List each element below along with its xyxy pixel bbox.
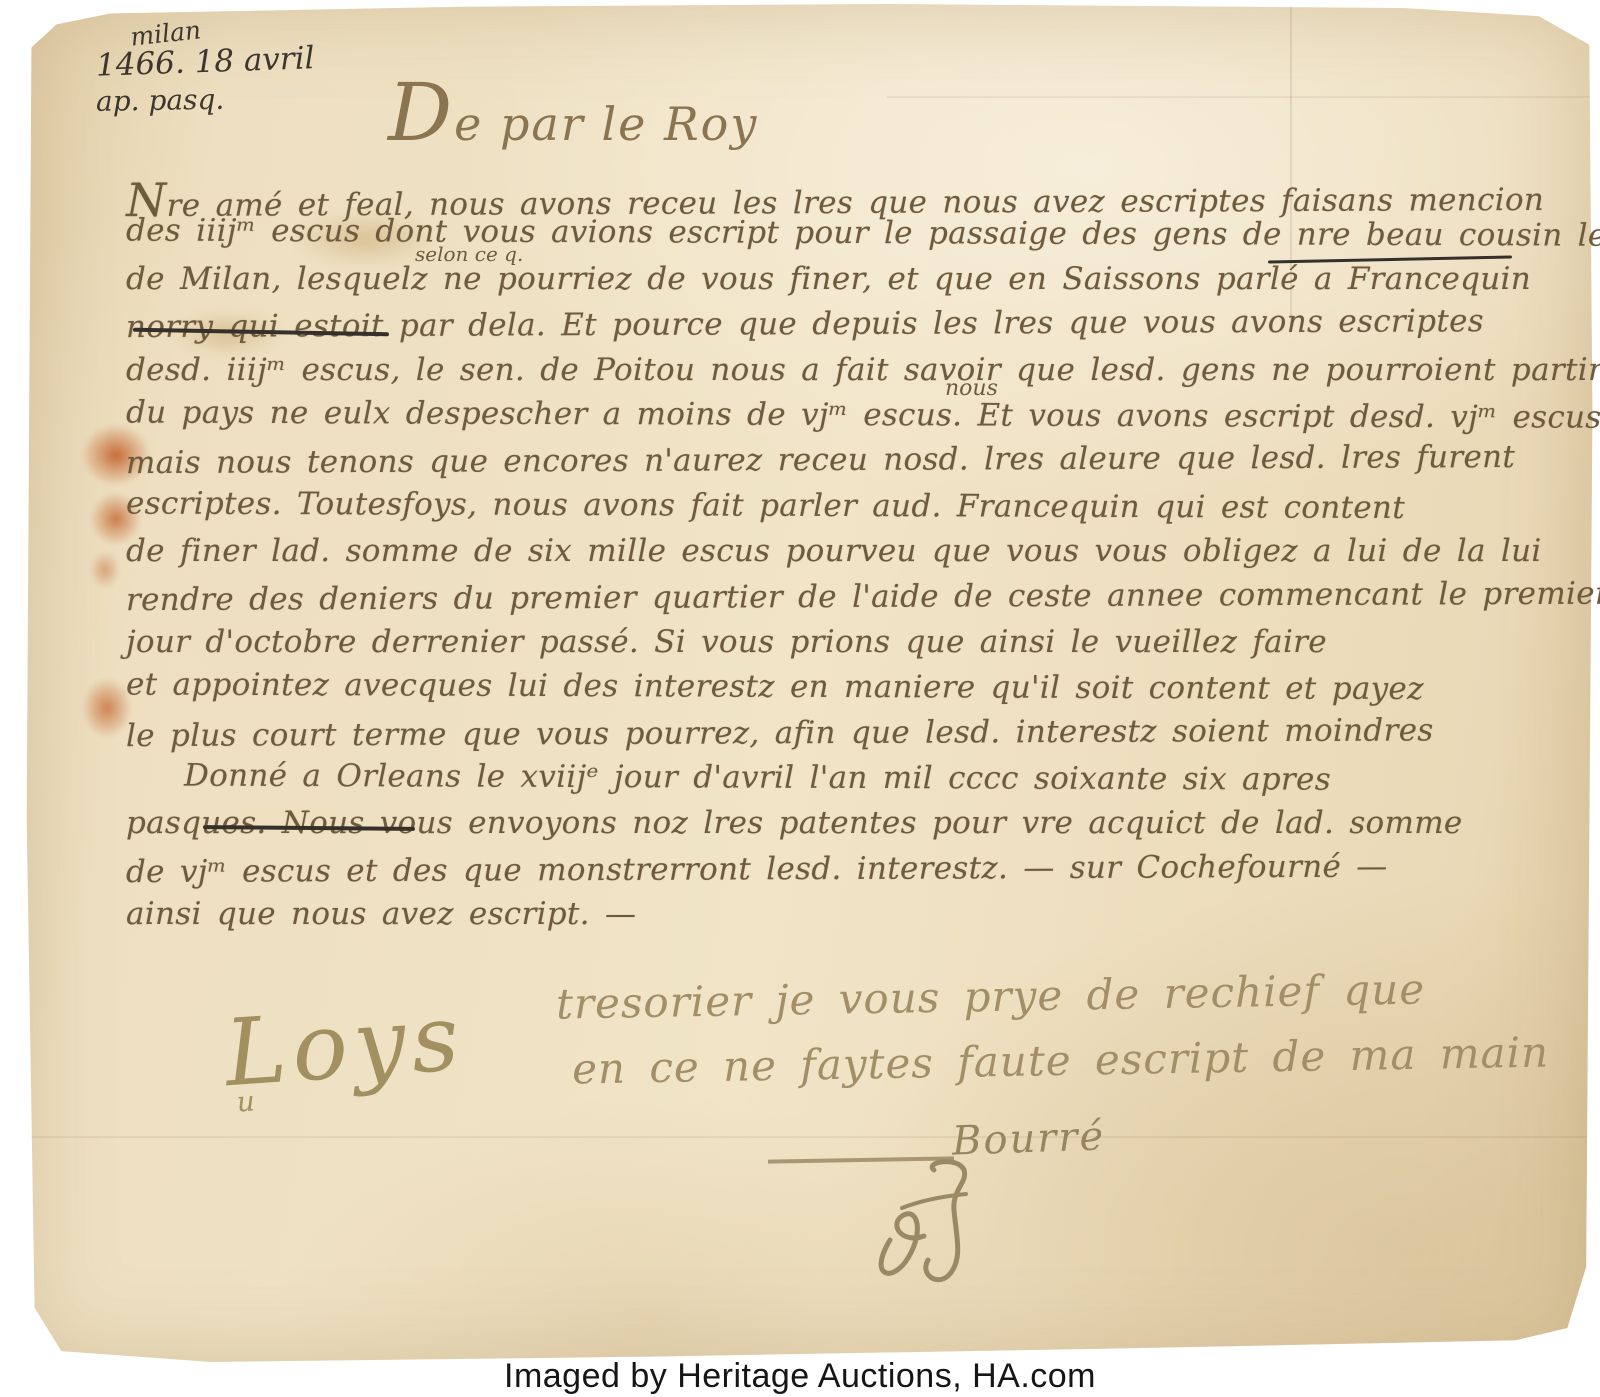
manuscript-line: du pays ne eulx despescher a moins de vj… <box>126 394 1546 444</box>
archivist-note-line: 1466. 18 avril <box>95 39 315 85</box>
interlinear-note: nous <box>945 376 998 401</box>
photo-caption: Imaged by Heritage Auctions, HA.com <box>0 1357 1600 1396</box>
scanned-page: milan 1466. 18 avril ap. pasq. De par le… <box>0 0 1600 1397</box>
fold-crease <box>22 1136 1594 1138</box>
royal-signature: u Loys <box>222 984 469 1107</box>
secretary-paraph <box>862 1148 1052 1288</box>
manuscript-line: et appointez avecques lui des interestz … <box>126 667 1546 717</box>
manuscript-line: ainsi que nous avez escript. — <box>126 896 1546 941</box>
manuscript-line: de vjᵐ escus et des que monstrerront les… <box>126 848 1546 900</box>
archivist-note-line: ap. pasq. <box>96 80 315 119</box>
ink-stain <box>84 544 126 596</box>
manuscript-line: de finer lad. somme de six mille escus p… <box>126 533 1546 578</box>
manuscript-line: mais nous tenons que encores n'aurez rec… <box>126 439 1546 491</box>
manuscript-line: rendre des deniers du premier quartier d… <box>126 575 1546 627</box>
manuscript-line: le plus court terme que vous pourrez, af… <box>126 712 1546 764</box>
manuscript-line: des iiijᵐ escus dont vous avions escript… <box>126 213 1546 263</box>
archivist-note: milan 1466. 18 avril ap. pasq. <box>96 12 315 117</box>
manuscript-line: norry qui estoit par dela. Et pource que… <box>126 303 1546 355</box>
fold-crease <box>887 96 1594 98</box>
manuscript-line: jour d'octobre derrenier passé. Si vous … <box>126 624 1546 669</box>
manuscript-line: Nre amé et feal, nous avons receu les lr… <box>126 167 1546 219</box>
manuscript-line: Donné a Orleans le xviijᵉ jour d'avril l… <box>184 758 1546 808</box>
signature-name: Loys <box>222 984 469 1107</box>
interlinear-note: selon ce q. <box>415 242 523 266</box>
letter-heading: De par le Roy <box>388 84 758 153</box>
signature-prefix: u <box>236 1084 256 1118</box>
manuscript-line: escriptes. Toutesfoys, nous avons fait p… <box>126 485 1546 535</box>
manuscript-line: desd. iiijᵐ escus, le sen. de Poitou nou… <box>126 352 1546 397</box>
manuscript-line: de Milan, lesquelz ne pourriez de vous f… <box>126 261 1546 306</box>
